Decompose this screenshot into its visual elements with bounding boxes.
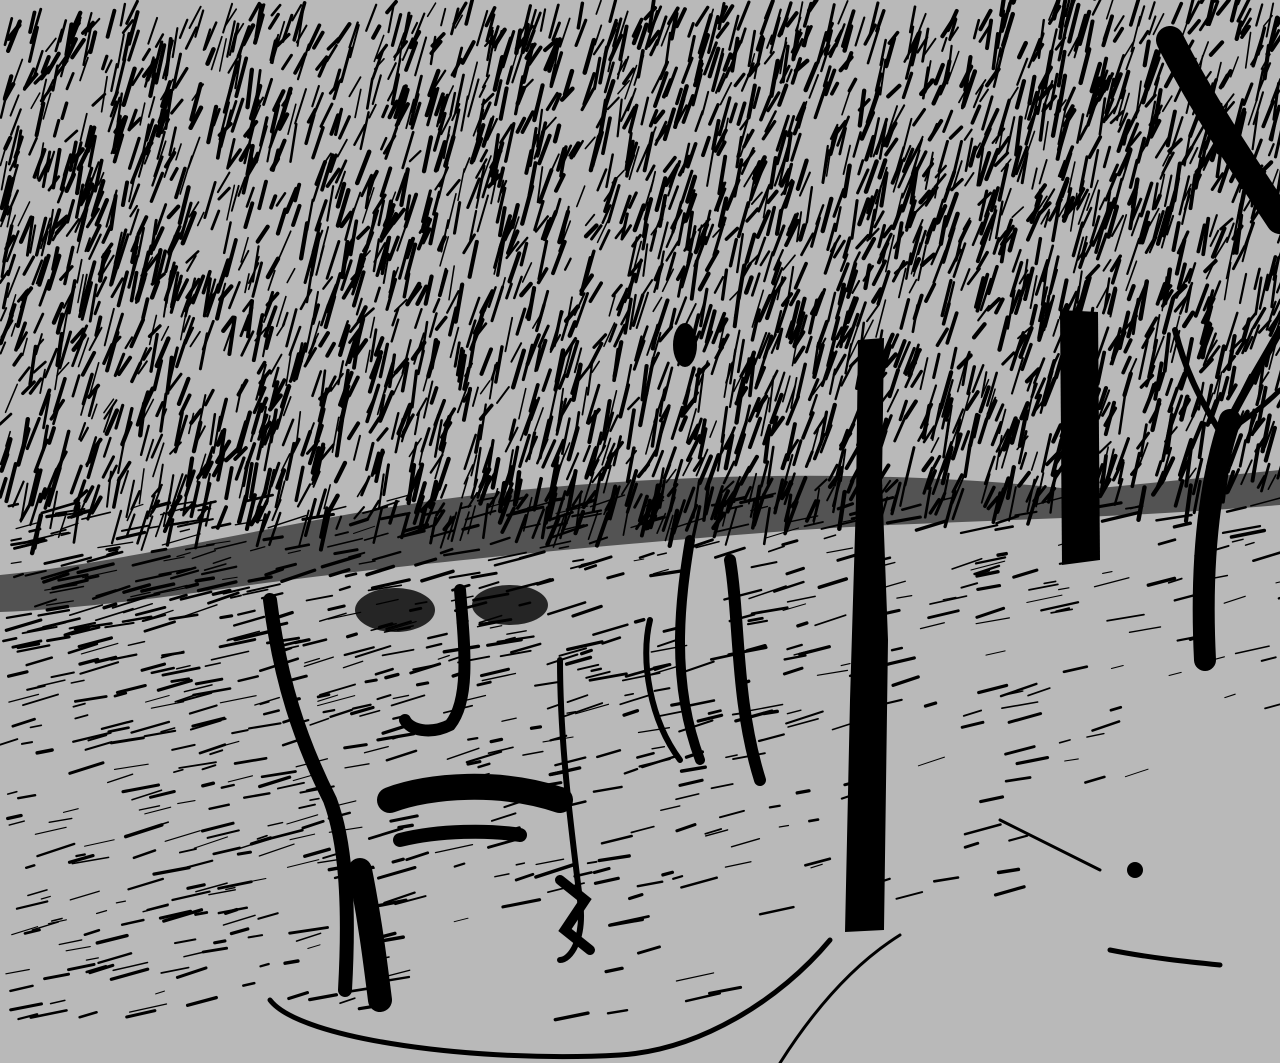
left-eye: [355, 588, 435, 632]
sketch-artwork: [0, 0, 1280, 1063]
mouth: [390, 787, 560, 800]
right-eye: [472, 585, 548, 625]
